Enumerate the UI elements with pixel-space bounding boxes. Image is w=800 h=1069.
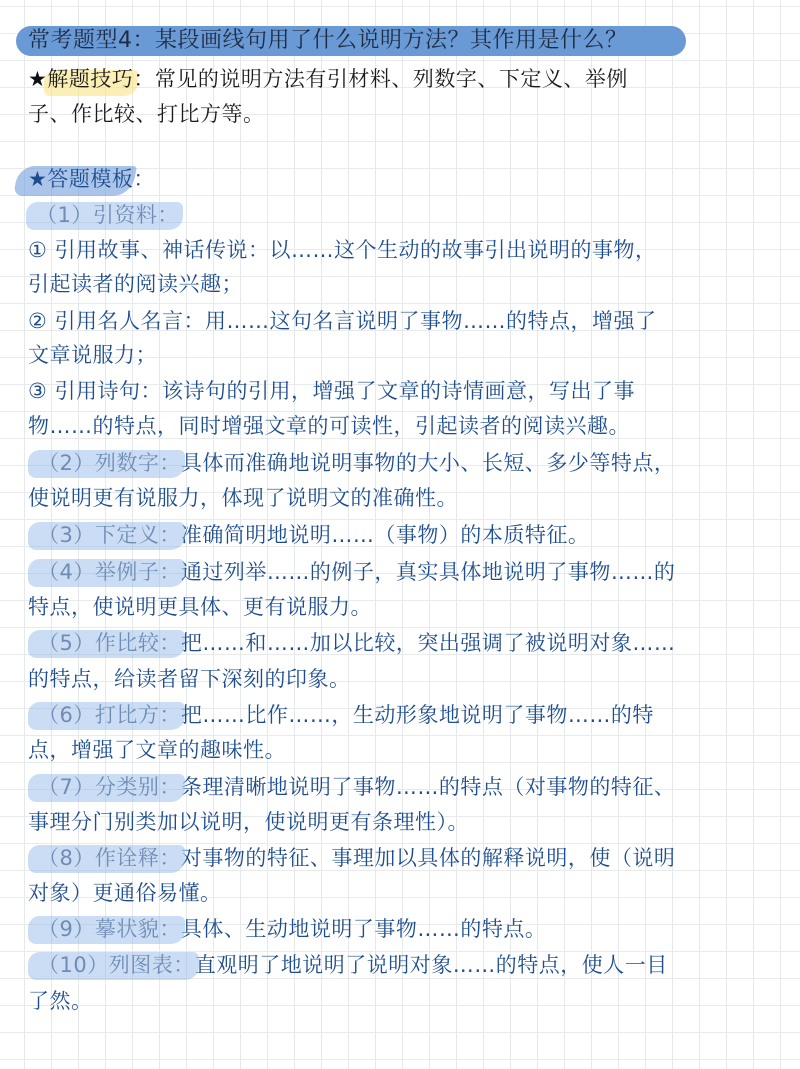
method-label-text: （9）摹状貌： [38,917,181,941]
method-text: 准确简明地说明……（事物）的本质特征。 [181,523,590,547]
method-label-text: （1）引资料： [36,203,179,227]
subitem-line: 引起读者的阅读兴趣； [28,269,243,299]
method-text: 直观明了地说明了说明对象……的特点，使人一目 [195,953,668,977]
method-label-text: （7）分类别： [38,775,181,799]
star-icon: ★ [28,67,47,91]
star-icon: ★ [28,167,47,191]
page-title: 常考题型4：某段画线句用了什么说明方法？其作用是什么？ [28,27,628,55]
template-label: 答题模板： [47,164,155,194]
method-label: （2）列数字： [38,448,181,478]
method-label: （8）作诠释： [38,843,181,873]
method-text-line: 了然。 [28,986,93,1016]
tips-line-1: ★解题技巧：常见的说明方法有引材料、列数字、下定义、举例 [28,64,628,94]
method-label-text: （5）作比较： [38,631,181,655]
method-row: （9）摹状貌：具体、生动地说明了事物……的特点。 [38,914,546,944]
subitem-line: ① 引用故事、神话传说：以……这个生动的故事引出说明的事物， [28,235,657,265]
method-label-text: （8）作诠释： [38,846,181,870]
tips-line-2: 子、作比较、打比方等。 [28,99,265,129]
method-label: （1）引资料： [36,200,179,230]
method-label: （7）分类别： [38,772,181,802]
method-row: （6）打比方：把……比作……，生动形象地说明了事物……的特 [38,700,654,730]
method-label: （4）举例子： [38,557,181,587]
tips-text: ：常见的说明方法有引材料、列数字、下定义、举例 [133,67,628,91]
method-label-text: （3）下定义： [38,523,181,547]
method-text: 把……和……加以比较，突出强调了被说明对象…… [181,631,676,655]
tips-label: 解题技巧 [47,64,133,94]
method-label: （5）作比较： [38,628,181,658]
method-label-text: （10）列图表： [38,953,195,977]
method-text: 具体、生动地说明了事物……的特点。 [181,917,547,941]
subitem-line: ③ 引用诗句：该诗句的引用，增强了文章的诗情画意，写出了事 [28,376,635,406]
method-text: 通过列举……的例子，真实具体地说明了事物……的 [181,560,676,584]
method-row: （7）分类别：条理清晰地说明了事物……的特点（对事物的特征、 [38,772,675,802]
method-text: 对事物的特征、事理加以具体的解释说明，使（说明 [181,846,676,870]
method-row: （3）下定义：准确简明地说明……（事物）的本质特征。 [38,520,589,550]
method-label: （3）下定义： [38,520,181,550]
method-row: （10）列图表：直观明了地说明了说明对象……的特点，使人一目 [38,950,668,980]
method-row: （8）作诠释：对事物的特征、事理加以具体的解释说明，使（说明 [38,843,675,873]
method-label-text: （6）打比方： [38,703,181,727]
template-heading: ★答题模板： [28,164,155,194]
method-label: （10）列图表： [38,950,195,980]
method-text: 把……比作……，生动形象地说明了事物……的特 [181,703,654,727]
method-row: （2）列数字：具体而准确地说明事物的大小、长短、多少等特点， [38,448,675,478]
method-text-line: 事理分门别类加以说明，使说明更有条理性）。 [28,807,469,837]
subitem-line: ② 引用名人名言：用……这句名言说明了事物……的特点，增强了 [28,306,657,336]
method-text-line: 使说明更有说服力，体现了说明文的准确性。 [28,483,458,513]
method-text: 具体而准确地说明事物的大小、长短、多少等特点， [181,451,676,475]
subitem-line: 文章说服力； [28,340,157,370]
method-label-text: （2）列数字： [38,451,181,475]
method-label-text: （4）举例子： [38,560,181,584]
method-row: （4）举例子：通过列举……的例子，真实具体地说明了事物……的 [38,557,675,587]
method-text-line: 的特点，给读者留下深刻的印象。 [28,664,351,694]
note-page: 常考题型4：某段画线句用了什么说明方法？其作用是什么？ ★解题技巧：常见的说明方… [0,0,800,1069]
subitem-line: 物……的特点，同时增强文章的可读性，引起读者的阅读兴趣。 [28,411,630,441]
method-text-line: 特点，使说明更具体、更有说服力。 [28,592,372,622]
method-label: （9）摹状貌： [38,914,181,944]
method-text-line: 对象）更通俗易懂。 [28,878,222,908]
method-text: 条理清晰地说明了事物……的特点（对事物的特征、 [181,775,676,799]
method-label: （6）打比方： [38,700,181,730]
method-row: （5）作比较：把……和……加以比较，突出强调了被说明对象…… [38,628,675,658]
method-label-row: （1）引资料： [36,200,179,230]
method-text-line: 点，增强了文章的趣味性。 [28,735,286,765]
